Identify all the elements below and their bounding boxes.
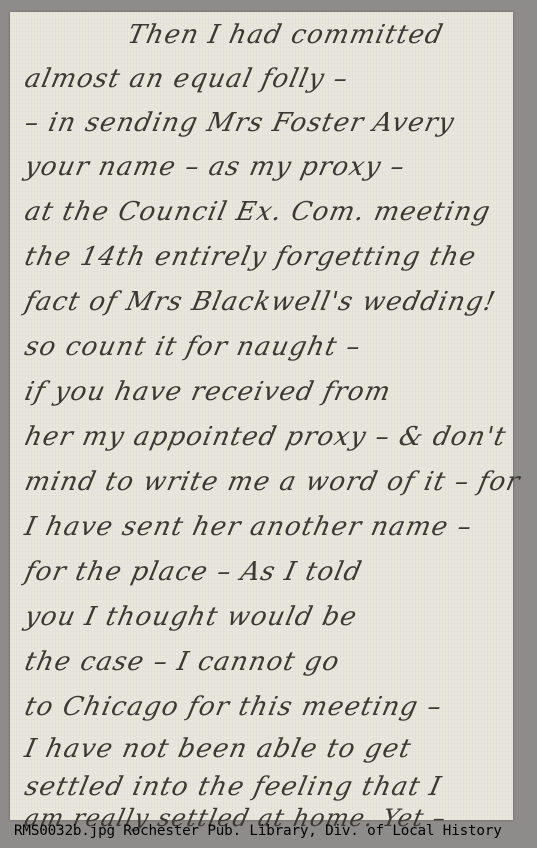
handwriting-line: so count it for naught – [22, 332, 531, 362]
handwriting-line: Then I had committed [125, 20, 537, 50]
handwriting-line: her my appointed proxy – & don't [22, 422, 531, 452]
handwriting-line: settled into the feeling that I [22, 772, 531, 802]
handwriting-line: you I thought would be [22, 602, 531, 632]
handwriting-line: mind to write me a word of it – for [22, 467, 531, 497]
letter-page: Then I had committed almost an equal fol… [10, 12, 513, 820]
image-caption: RMS0032b.jpg Rochester Pub. Library, Div… [14, 823, 502, 839]
handwriting-line: to Chicago for this meeting – [22, 692, 531, 722]
handwriting-line: I have not been able to get [22, 734, 531, 764]
handwriting-line: at the Council Ex. Com. meeting [22, 197, 531, 227]
handwriting-line: the case – I cannot go [22, 647, 531, 677]
handwriting-line: almost an equal folly – [22, 64, 531, 94]
handwriting-line: for the place – As I told [22, 557, 531, 587]
handwriting-line: your name – as my proxy – [22, 152, 531, 182]
handwriting-line: fact of Mrs Blackwell's wedding! [22, 287, 531, 317]
handwriting-line: the 14th entirely forgetting the [22, 242, 531, 272]
handwriting-line: – in sending Mrs Foster Avery [22, 108, 531, 138]
handwriting-line: if you have received from [22, 377, 531, 407]
handwriting-line: I have sent her another name – [22, 512, 531, 542]
